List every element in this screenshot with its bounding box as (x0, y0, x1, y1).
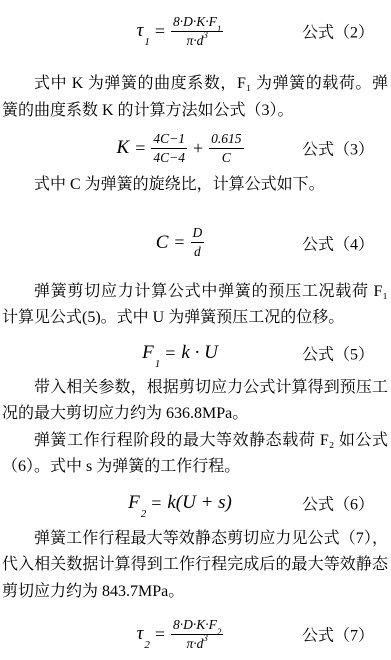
fraction-numerator: 0.615 (209, 131, 243, 149)
formula-lhs: F2 (128, 492, 145, 514)
paragraph-1: 式中 K 为弹簧的曲度系数，F₁ 为弹簧的载荷。弹簧的曲度系数 K 的计算方法如… (2, 71, 388, 124)
fraction-denominator: π·d3 (187, 635, 208, 652)
equation-tau1-math: τ1 = 8·D·K·F1 π·d3 (137, 14, 224, 48)
equation-label-6: 公式（6） (302, 492, 374, 515)
equation-tau2-math: τ2 = 8·D·K·F2 π·d3 (137, 617, 224, 651)
formula-lhs-symbol: τ (137, 623, 144, 644)
formula-lhs-symbol: K (117, 137, 130, 159)
denominator-text: π·d (187, 636, 204, 651)
denominator-text: π·d (187, 33, 204, 48)
equation-spring-index-c: C = D d 公式（4） (2, 221, 388, 265)
equation-tau2: τ2 = 8·D·K·F2 π·d3 公式（7） (2, 612, 388, 656)
equals-sign: = (165, 343, 175, 364)
equals-sign: = (135, 138, 145, 159)
paragraph-6: 弹簧工作行程最大等效静态剪切应力见公式（7），代入相关数据计算得到工作行程完成后… (2, 526, 388, 606)
equation-label-3: 公式（3） (302, 137, 374, 160)
subscript: 1 (144, 36, 150, 48)
formula-lhs-symbol: C (156, 232, 169, 254)
subscript: 1 (217, 24, 222, 34)
fraction-denominator: d (194, 243, 201, 260)
equation-curvature-k: K = 4C−1 4C−4 + 0.615 C 公式（3） (2, 126, 388, 170)
equation-working-load-f2: F2 = k(U + s) 公式（6） (2, 490, 388, 517)
plus-sign: + (193, 138, 203, 159)
numerator-text: 8·D·K·F (173, 617, 217, 632)
fraction: 8·D·K·F1 π·d3 (171, 14, 223, 48)
fraction-denominator: 4C−4 (153, 149, 185, 166)
superscript: 3 (203, 633, 208, 643)
equation-label-2: 公式（2） (302, 20, 374, 43)
paragraph-3: 弹簧剪切应力计算公式中弹簧的预压工况载荷 F₁ 计算见公式(5)。式中 U 为弹… (2, 279, 388, 332)
equation-label-7: 公式（7） (302, 623, 374, 646)
fraction-denominator: C (222, 149, 231, 166)
equation-label-5: 公式（5） (302, 342, 374, 365)
equation-k-math: K = 4C−1 4C−4 + 0.615 C (117, 131, 244, 165)
equation-label-4: 公式（4） (302, 231, 374, 254)
equation-preload-f1: F1 = k · U 公式（5） (2, 340, 388, 367)
fraction: 8·D·K·F2 π·d3 (171, 617, 223, 651)
subscript: 1 (155, 358, 161, 370)
subscript: 2 (217, 627, 222, 637)
fraction: 0.615 C (209, 131, 243, 165)
equation-f1-math: F1 = k · U (142, 342, 218, 364)
fraction-numerator: 4C−1 (151, 131, 187, 149)
fraction-denominator: π·d3 (187, 32, 208, 49)
formula-lhs: F1 (142, 342, 159, 364)
equation-f2-math: F2 = k(U + s) (128, 492, 232, 514)
formula-lhs: τ1 (137, 20, 149, 42)
formula-rhs: k(U + s) (167, 492, 232, 514)
formula-lhs: τ2 (137, 623, 149, 645)
fraction: D d (191, 225, 205, 259)
formula-rhs: k · U (181, 342, 217, 364)
numerator-text: 8·D·K·F (173, 14, 217, 29)
paragraph-5: 弹簧工作行程阶段的最大等效静态载荷 F₂ 如公式（6）。式中 s 为弹簧的工作行… (2, 428, 388, 481)
equation-tau1: τ1 = 8·D·K·F1 π·d3 公式（2） (2, 9, 388, 53)
subscript: 2 (144, 639, 150, 651)
fraction-numerator: D (191, 225, 205, 243)
equals-sign: = (151, 493, 161, 514)
equals-sign: = (174, 232, 184, 253)
subscript: 2 (141, 508, 147, 520)
document-page: τ1 = 8·D·K·F1 π·d3 公式（2） 式中 K 为弹簧的曲度系数，F… (0, 9, 391, 656)
equation-c-math: C = D d (156, 225, 205, 259)
equals-sign: = (155, 624, 165, 645)
paragraph-4: 带入相关参数，根据剪切应力公式计算得到预压工况的最大剪切应力约为 636.8MP… (2, 375, 388, 428)
equals-sign: = (155, 21, 165, 42)
superscript: 3 (203, 30, 208, 40)
formula-lhs-symbol: F (142, 342, 154, 363)
fraction-numerator: 8·D·K·F2 (171, 617, 223, 635)
fraction-numerator: 8·D·K·F1 (171, 14, 223, 32)
paragraph-2: 式中 C 为弹簧的旋绕比，计算公式如下。 (2, 172, 388, 199)
formula-lhs-symbol: F (128, 492, 140, 513)
fraction: 4C−1 4C−4 (151, 131, 187, 165)
formula-lhs-symbol: τ (137, 20, 144, 41)
